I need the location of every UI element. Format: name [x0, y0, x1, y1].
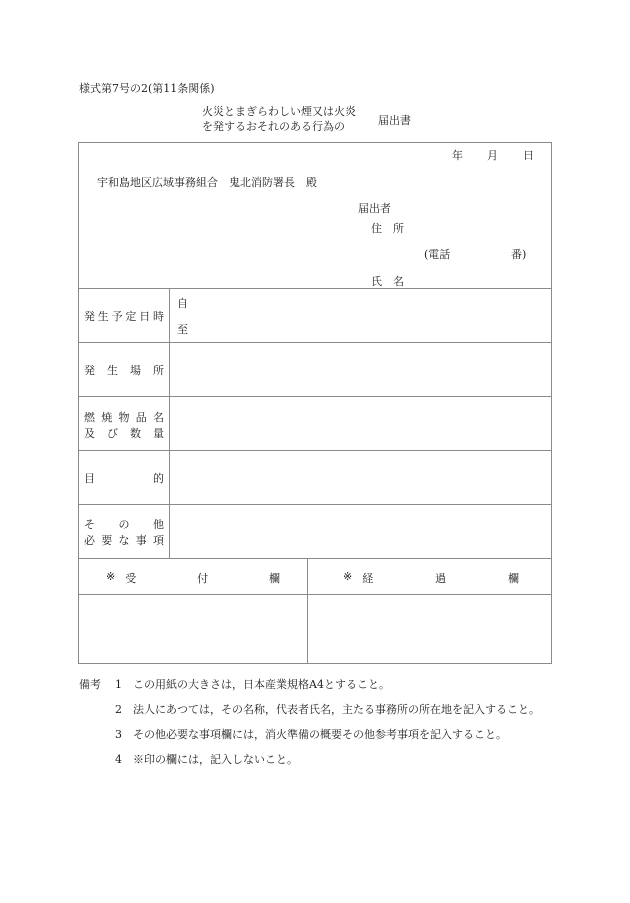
phone-open: (電話 [424, 246, 450, 262]
title-line-2: を発するおそれのある行為の [202, 119, 356, 134]
reception-column-header: ※受 付 欄 [106, 570, 280, 586]
name-label: 氏 名 [371, 273, 404, 289]
date-year: 年 [452, 147, 463, 163]
to-field[interactable] [192, 316, 547, 340]
label-column-divider [169, 288, 170, 558]
form-title: 火災とまぎらわしい煙又は火炎 を発するおそれのある行為の [202, 104, 356, 134]
notes-label: 備考 [79, 676, 101, 692]
note-item: 3その他必要な事項欄には，消火準備の概要その他参考事項を記入すること。 [115, 726, 507, 742]
note-item: 4※印の欄には，記入しないこと。 [115, 751, 298, 767]
row-label-combustibles-line1: 燃焼物品名 [84, 409, 164, 425]
phone-field[interactable] [460, 242, 510, 262]
purpose-field[interactable] [172, 453, 548, 501]
reception-area [80, 596, 306, 662]
row-divider [78, 594, 552, 595]
row-label-location: 発生場所 [84, 362, 164, 378]
row-divider [78, 342, 552, 343]
row-divider [78, 396, 552, 397]
row-label-scheduled-datetime: 発生予定日時 [84, 308, 164, 324]
date-day: 日 [523, 147, 534, 163]
from-label: 自 [177, 295, 188, 311]
note-item: 1この用紙の大きさは，日本産業規格A4とすること。 [115, 676, 390, 692]
row-divider [78, 450, 552, 451]
notifier-label: 届出者 [358, 200, 391, 216]
row-divider [78, 558, 552, 559]
addressee: 宇和島地区広域事務組合 鬼北消防署長 殿 [97, 174, 317, 190]
row-divider [78, 504, 552, 505]
row-divider [78, 288, 552, 289]
row-label-other-line1: その他 [84, 516, 164, 532]
name-field[interactable] [410, 268, 540, 288]
progress-area [309, 596, 550, 662]
note-item: 2法人にあつては，その名称，代表者氏名，主たる事務所の所在地を記入すること。 [115, 701, 540, 717]
phone-close: 番) [511, 246, 526, 262]
title-line-1: 火災とまぎらわしい煙又は火炎 [202, 104, 356, 119]
row-label-purpose: 目的 [84, 470, 164, 486]
from-field[interactable] [192, 290, 547, 314]
date-month: 月 [487, 147, 498, 163]
row-label-combustibles-line2: 及び数量 [84, 425, 164, 441]
address-field[interactable] [410, 216, 540, 236]
progress-column-header: ※経 過 欄 [343, 570, 519, 586]
row-label-other-line2: 必要な事項 [84, 532, 164, 548]
title-suffix: 届出書 [378, 112, 411, 128]
to-label: 至 [177, 321, 188, 337]
combustibles-field[interactable] [172, 399, 548, 447]
form-number: 様式第7号の2(第11条関係) [79, 80, 215, 96]
footer-column-divider [307, 558, 308, 664]
location-field[interactable] [172, 345, 548, 393]
address-label: 住 所 [371, 220, 404, 236]
other-field[interactable] [172, 507, 548, 555]
